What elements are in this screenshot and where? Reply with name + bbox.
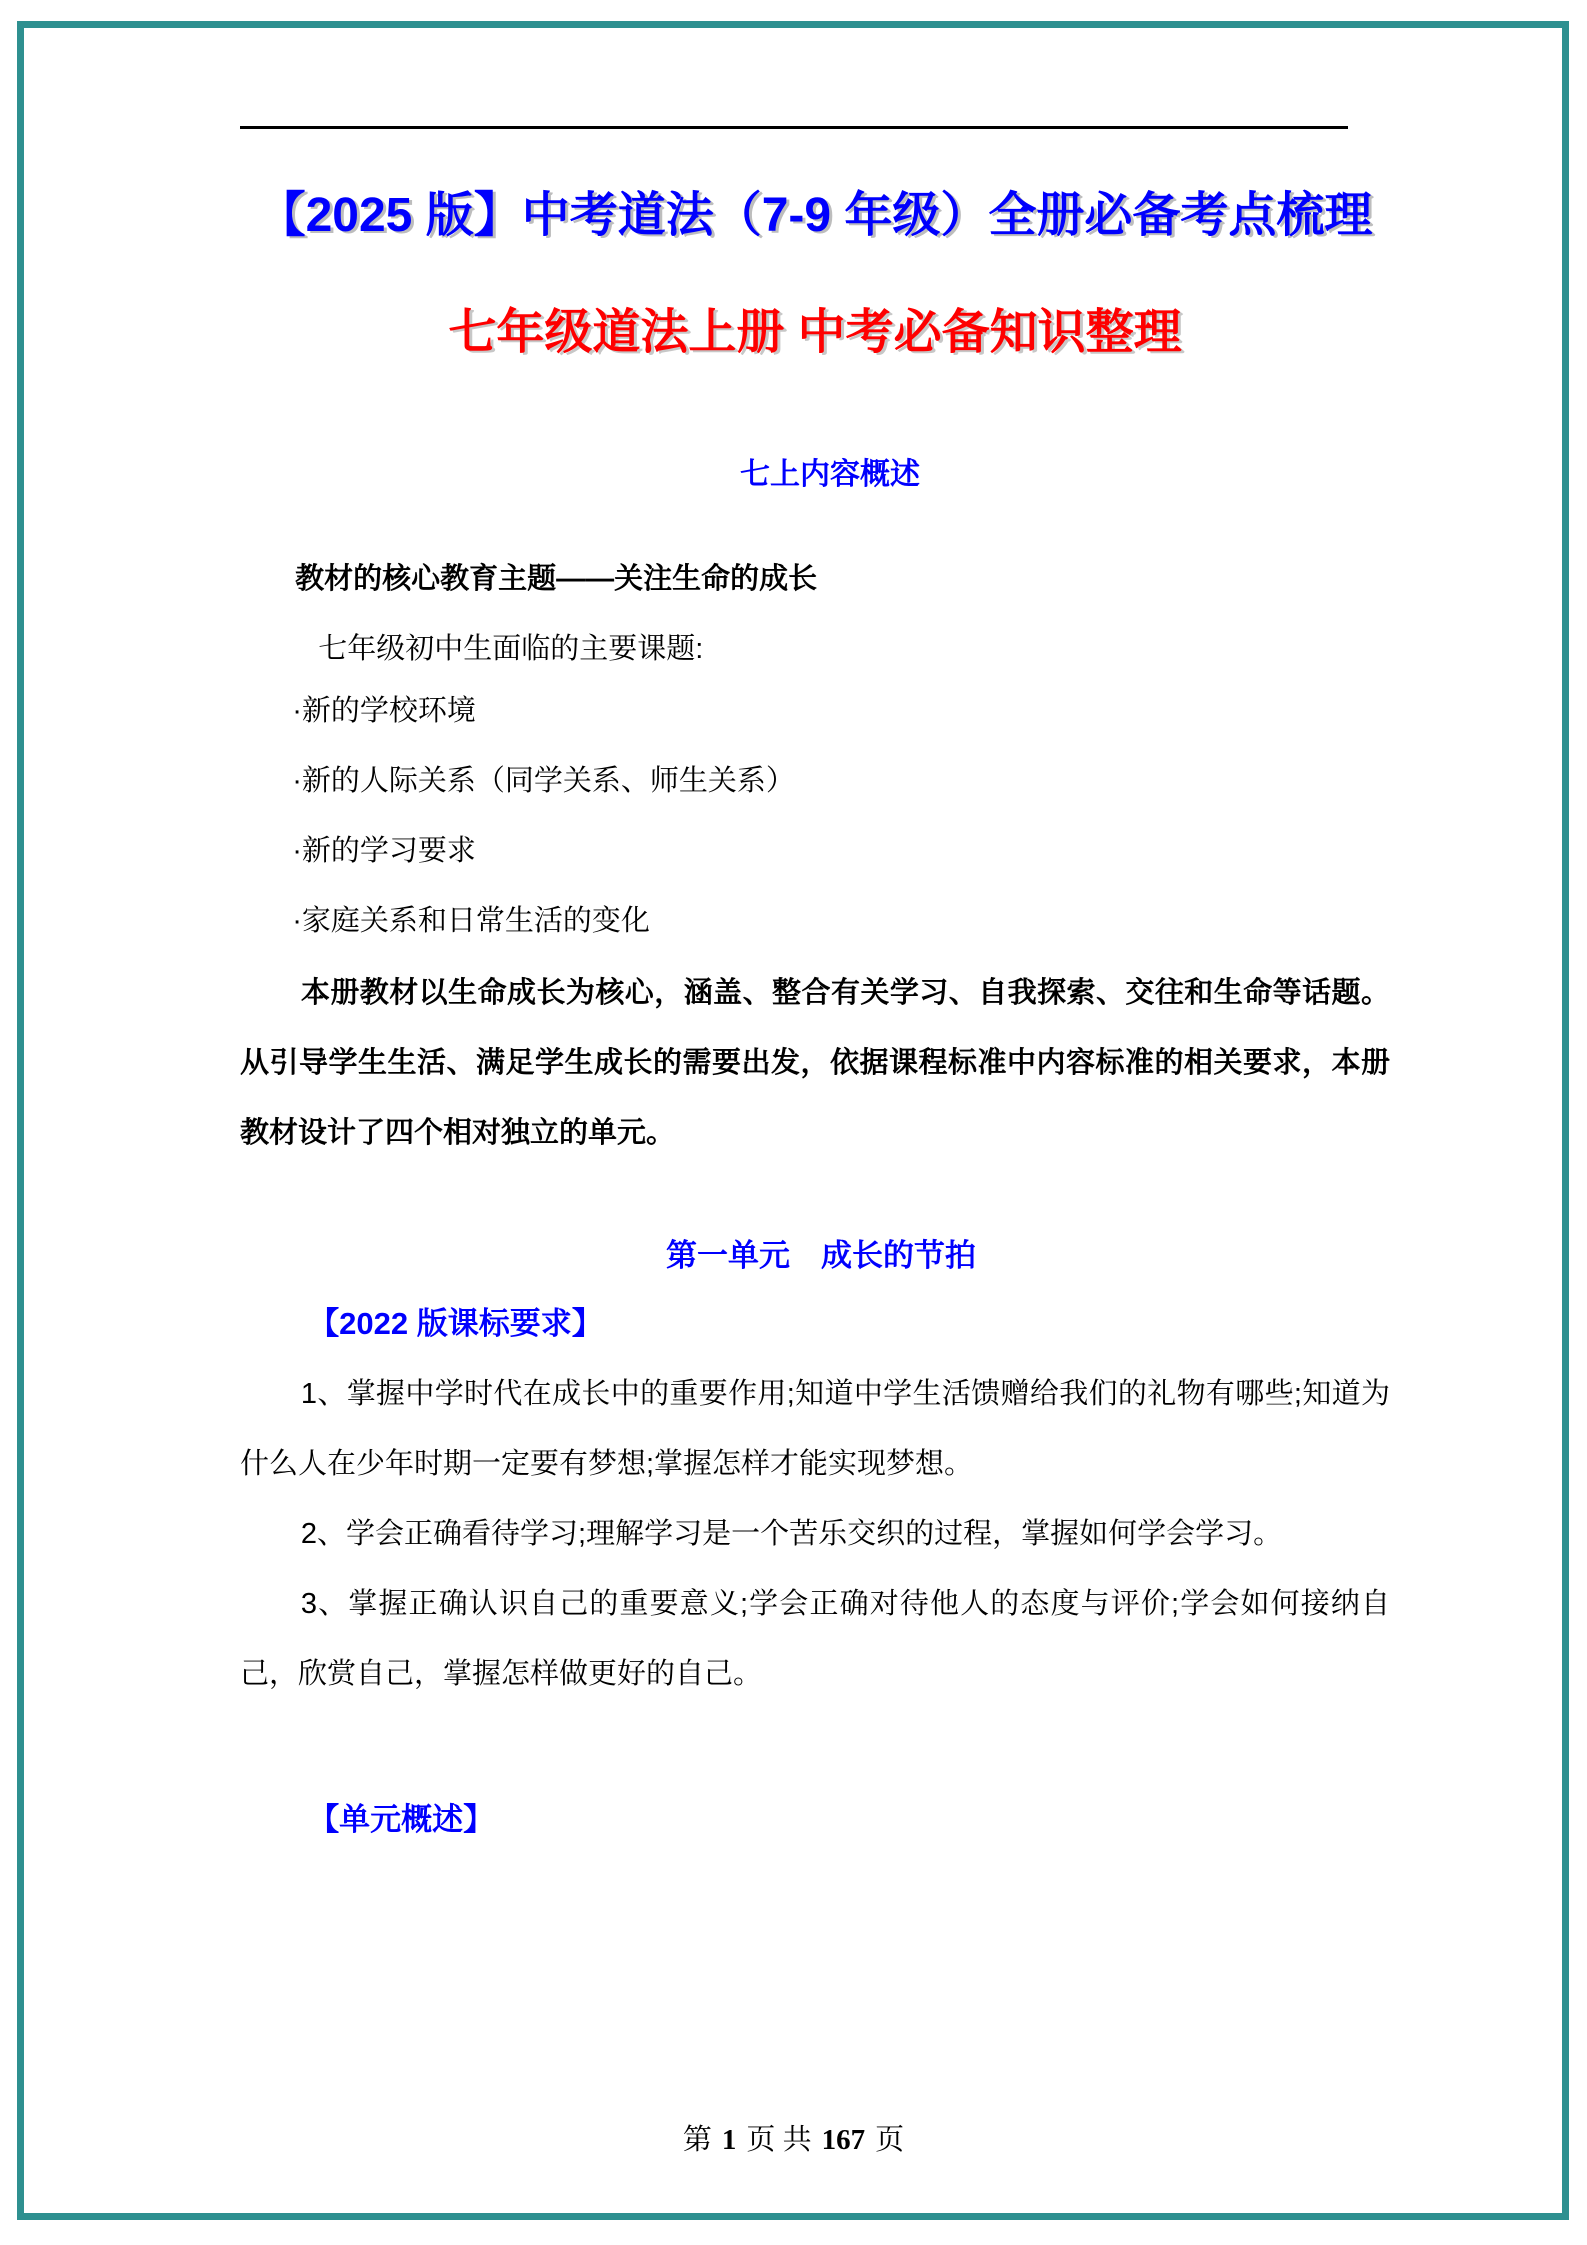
footer-page-number: 1 (722, 2124, 737, 2156)
theme-heading: 教材的核心教育主题——关注生命的成长 (240, 544, 1390, 614)
footer-label-page: 第 (683, 2124, 712, 2156)
requirement-item: 3、掌握正确认识自己的重要意义;学会正确对待他人的态度与评价;学会如何接纳自己，… (240, 1569, 1390, 1709)
page-footer: 第1页 共167页 (0, 2122, 1587, 2158)
requirement-item: 2、学会正确看待学习;理解学习是一个苦乐交织的过程，掌握如何学会学习。 (240, 1499, 1390, 1569)
summary-paragraph: 本册教材以生命成长为核心，涵盖、整合有关学习、自我探索、交往和生命等话题。从引导… (240, 958, 1390, 1168)
header-rule (240, 126, 1348, 129)
topics-intro: 七年级初中生面临的主要课题: (240, 614, 1390, 684)
standards-heading: 【2022 版课标要求】 (240, 1304, 1390, 1344)
unit-heading: 第一单元 成长的节拍 (240, 1236, 1390, 1276)
topic-item: ·家庭关系和日常生活的变化 (240, 886, 1390, 956)
footer-label-pages: 页 (875, 2124, 904, 2156)
requirement-item: 1、掌握中学时代在成长中的重要作用;知道中学生活馈赠给我们的礼物有哪些;知道为什… (240, 1359, 1390, 1499)
footer-label-of: 页 共 (746, 2124, 811, 2156)
overview-heading: 七上内容概述 (240, 453, 1390, 497)
topic-item: ·新的学校环境 (240, 676, 1390, 746)
main-title: 【2025 版】中考道法（7-9 年级）全册必备考点梳理 (240, 184, 1390, 248)
subtitle: 七年级道法上册 中考必备知识整理 (240, 301, 1390, 365)
topic-item: ·新的人际关系（同学关系、师生关系） (240, 746, 1390, 816)
document-page: { "colors": { "border_teal": "#2e9090", … (0, 0, 1587, 2245)
unit-overview-heading: 【单元概述】 (240, 1800, 1390, 1840)
footer-total-pages: 167 (822, 2124, 866, 2156)
topic-item: ·新的学习要求 (240, 816, 1390, 886)
